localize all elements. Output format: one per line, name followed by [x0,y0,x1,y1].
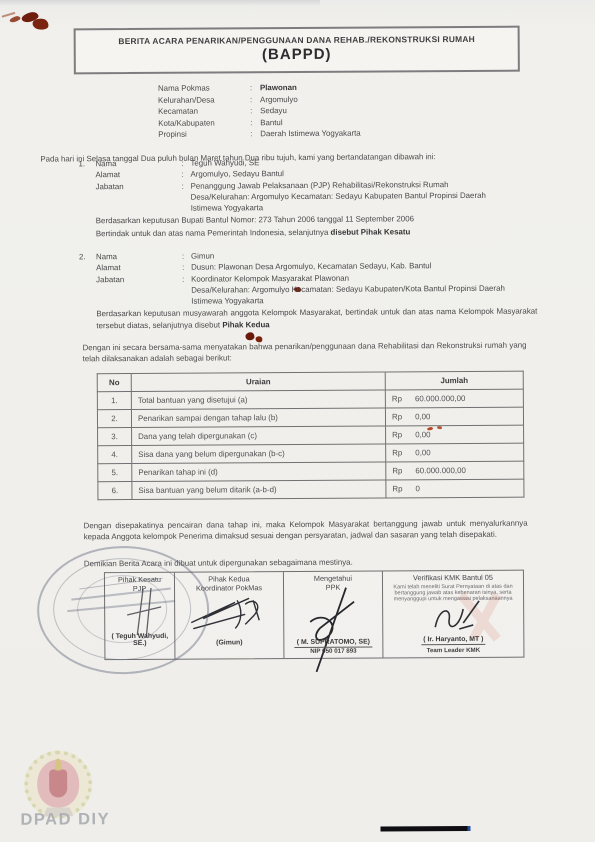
colon-separator [250,82,260,94]
colon-separator [182,180,191,191]
colon-separator [250,94,260,106]
currency: Rp [392,448,402,457]
amount: 60.000.000,00 [415,394,466,403]
party-designation: Pihak Kedua [222,320,269,329]
info-row: PropinsiDaerah Istimewa Yogyakarta [158,128,361,141]
cell-no: 5. [98,464,132,482]
amount: 0,00 [415,430,430,439]
colon-separator [182,251,191,262]
signature-cell-ppk: Mengetahui PPK ( M. SUPRATOMO, SE) NIP 0… [284,571,384,658]
document-title-box: BERITA ACARA PENARIKAN/PENGGUNAAN DANA R… [74,26,520,75]
cell-uraian: Total bantuan yang disetujui (a) [131,390,385,410]
signature-cell-pihak-kedua: Pihak Kedua Koordinator PokMas (Gimun) [175,572,285,659]
party-basis-line: Berdasarkan keputusan musyawarah anggota… [96,306,537,331]
cell-no: 3. [98,428,132,446]
info-label: Nama Pokmas [158,82,250,94]
info-value: Argomulyo [260,94,298,106]
statement-paragraph: Dengan ini secara bersama-sama menyataka… [83,339,527,364]
cell-jumlah: Rp0,00 [386,443,524,462]
signatory-name: ( Ir. Haryanto, MT ) [383,636,523,646]
cell-uraian: Sisa bantuan yang belum ditarik (a-b-d) [132,480,386,500]
cell-jumlah: Rp60.000.000,00 [385,389,523,408]
party-acting-line: Bertindak untuk dan atas nama Pemerintah… [96,225,537,239]
colon-separator [250,105,260,117]
column-header-uraian: Uraian [131,372,385,392]
fund-withdrawal-table: No Uraian Jumlah 1. Total bantuan yang d… [97,371,525,501]
info-value: Daerah Istimewa Yogyakarta [260,128,361,140]
signatory-name: ( Teguh Wahyudi, SE.) [105,633,174,647]
field-value: Koordinator Kelompok Masyarakat Plawonan… [191,271,537,307]
cell-no: 6. [98,482,132,500]
party-2-block: 2. Nama Gimun Alamat Dusun: Plawonan Des… [79,249,537,332]
document-content: BERITA ACARA PENARIKAN/PENGGUNAAN DANA R… [0,0,595,842]
amount: 60.000.000,00 [415,466,466,475]
colon-separator [181,158,190,169]
amount: 0,00 [415,448,430,457]
cell-uraian: Sisa dana yang belum dipergunakan (b-c) [132,444,386,464]
cell-jumlah: Rp0 [386,479,524,498]
amount: 0 [415,484,419,493]
cell-jumlah: Rp60.000.000,00 [386,461,524,480]
cell-uraian: Penarikan tahap ini (d) [132,462,386,482]
currency: Rp [392,430,402,439]
colon-separator [250,129,260,141]
pokmas-info-block: Nama PokmasPlawonan Kelurahan/DesaArgomu… [158,82,361,141]
currency: Rp [392,412,402,421]
party-number: 1. [78,158,95,169]
signature-ppk-icon [298,586,369,676]
signatory-nip: NIP 050 017 893 [284,647,382,655]
dpad-emblem-watermark-icon [24,750,92,818]
signatory-name: (Gimun) [175,639,283,647]
signatory-role: Team Leader KMK [383,647,523,655]
party-field-row: Jabatan Penanggung Jawab Pelaksanaan (PJ… [79,178,537,215]
field-label: Alamat [96,262,182,274]
party-designation: disebut Pihak Kesatu [331,227,411,236]
currency: Rp [392,466,402,475]
field-value: Penanggung Jawab Pelaksanaan (PJP) Rehab… [191,178,537,214]
field-label: Alamat [95,169,181,181]
final-statement: Demikian Berita Acara ini dibuat untuk d… [84,555,528,569]
colon-separator [181,169,190,180]
info-label: Kelurahan/Desa [158,94,250,106]
info-label: Kecamatan [158,105,250,117]
closing-paragraph: Dengan disepakatinya pencairan dana taha… [84,517,528,542]
signatory-title: Verifikasi KMK Bantul 05 [413,574,493,583]
info-value: Plawonan [260,82,297,94]
cell-no: 4. [98,446,132,464]
colon-separator [182,273,191,284]
colon-separator [182,262,191,273]
signature-gimun-icon [187,594,273,639]
column-header-no: No [97,374,131,392]
signatory-subtitle: Koordinator PokMas [196,584,262,593]
table-row: 6. Sisa bantuan yang belum ditarik (a-b-… [98,479,524,500]
signature-kmk-icon [429,599,485,635]
field-label: Nama [96,251,182,263]
signature-cell-pihak-kesatu: Pihak Kesatu PJP ( Teguh Wahyudi, SE.) [105,573,176,659]
info-value: Bantul [260,117,282,129]
cell-no: 1. [97,392,131,410]
ink-stain [245,332,254,340]
scanned-document-page: BERITA ACARA PENARIKAN/PENGGUNAAN DANA R… [0,0,595,842]
column-header-jumlah: Jumlah [385,371,523,390]
field-label: Jabatan [96,273,182,285]
party-1-block: 1. Nama Teguh Wahyudi, SE Alamat Argomul… [78,156,536,240]
cell-jumlah: Rp0,00 [385,407,523,426]
currency: Rp [392,484,402,493]
info-label: Kota/Kabupaten [158,117,250,129]
colon-separator [250,117,260,129]
party-number: 2. [79,251,96,262]
party-field-row: Jabatan Koordinator Kelompok Masyarakat … [79,271,537,308]
info-label: Propinsi [158,129,250,141]
document-abbreviation: (BAPPD) [76,45,518,65]
amount: 0,00 [415,412,430,421]
redaction-bar [380,826,468,832]
cell-no: 2. [97,410,131,428]
ink-stain [9,15,21,23]
info-value: Sedayu [260,105,287,117]
ink-stain [32,18,49,31]
cell-uraian: Dana yang telah dipergunakan (c) [132,426,386,446]
field-label: Nama [95,158,181,170]
signature-cell-verifikasi-kmk: Verifikasi KMK Bantul 05 Kami telah mene… [383,571,524,658]
field-label: Jabatan [96,180,182,192]
signature-table: Pihak Kesatu PJP ( Teguh Wahyudi, SE.) P… [104,570,525,661]
cell-jumlah: Rp0,00 [386,425,524,444]
cell-uraian: Penarikan sampai dengan tahap lalu (b) [131,408,385,428]
archive-watermark-label: DPAD DIY [20,810,110,830]
currency: Rp [392,394,402,403]
